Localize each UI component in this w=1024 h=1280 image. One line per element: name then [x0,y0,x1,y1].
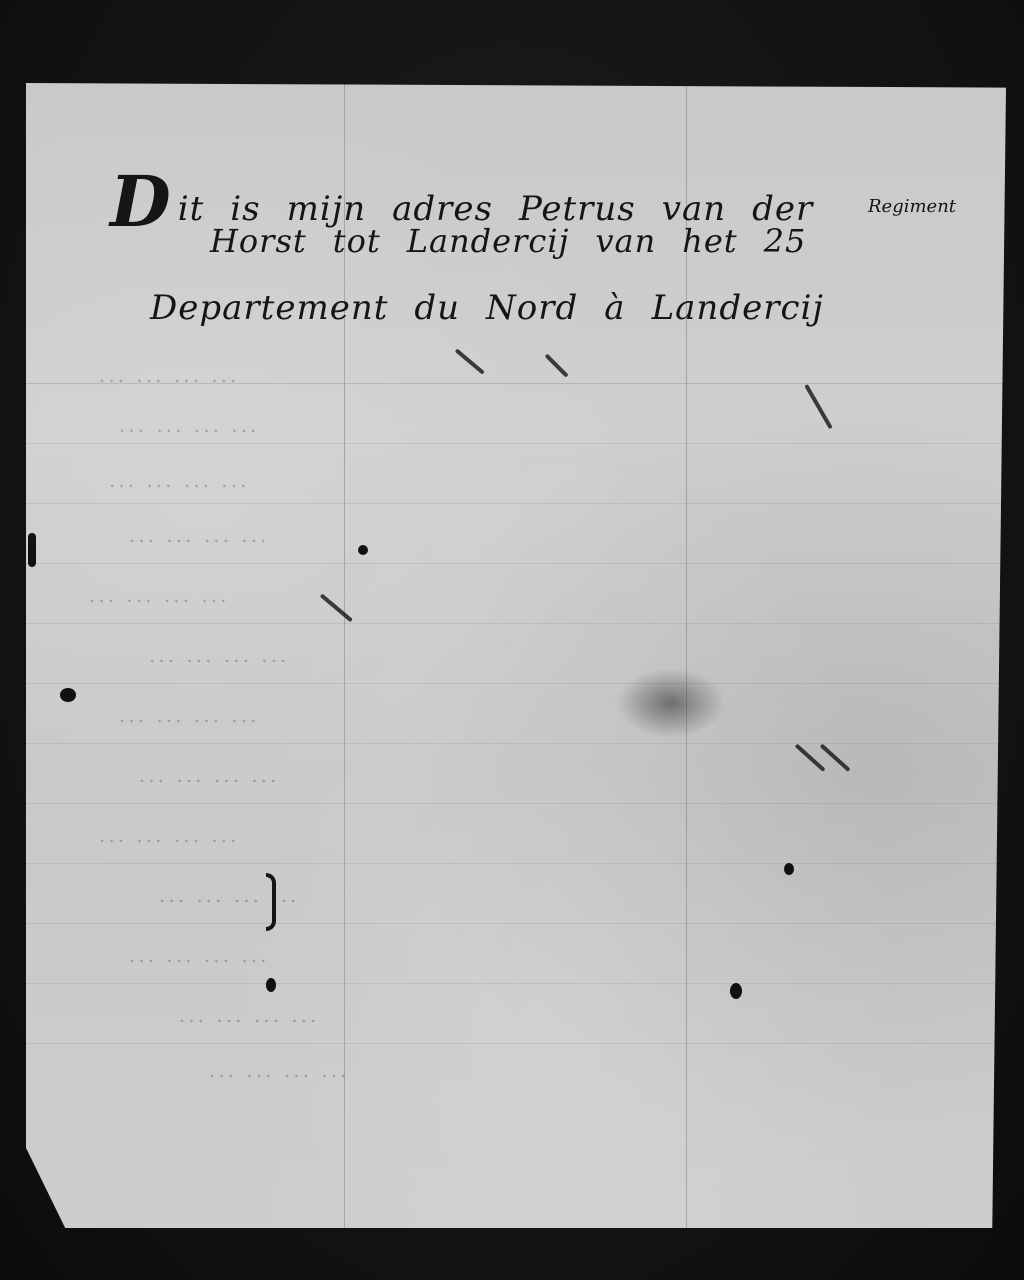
ink-mark [60,688,76,702]
regiment-number: 25 [764,222,807,260]
ink-bracket [266,873,276,931]
ruled-line [26,623,1006,624]
word: it [178,189,205,229]
ruled-line [26,1043,1006,1044]
ruled-line [26,563,1006,564]
ruled-line [26,503,1006,504]
ink-mark [730,983,742,999]
word: tot [333,222,381,260]
ink-mark [784,863,794,875]
ink-stroke [804,384,832,429]
ink-stroke [320,593,353,622]
ruled-line [26,923,1006,924]
faded-bleed-through-line: ... ... ... ... [106,468,246,492]
faded-bleed-through-line: ... ... ... ... [86,583,226,607]
ink-stain [616,668,726,738]
word: à [604,288,625,328]
ink-stroke [455,348,485,374]
ruled-line [26,803,1006,804]
word: Nord [486,288,578,328]
decorative-initial: D [110,160,172,243]
faded-bleed-through-line: ... ... ... ... [96,363,236,387]
word: van [595,222,656,260]
faded-bleed-through-line: ... ... ... ... [136,763,276,787]
name-last: Horst [210,222,307,260]
ink-mark [28,533,36,567]
scan-frame: ... ... ... ... ... ... ... ... ... ... … [0,0,1024,1280]
place-name: Landercij [652,288,824,328]
address-line-3: DepartementduNordàLandercij [150,288,850,328]
ink-stroke [545,354,569,378]
regiment-label: Regiment [868,196,956,217]
ruled-line [26,743,1006,744]
place-name: Landercij [407,222,570,260]
faded-bleed-through-line: ... ... ... ... [146,643,286,667]
word: het [682,222,737,260]
ruled-line [26,983,1006,984]
faded-bleed-through-line: ... ... ... ... [96,823,236,847]
ink-mark [266,978,276,992]
faded-bleed-through-line: ... ... ... ... [126,943,266,967]
faded-bleed-through-line: ... ... ... ... [116,703,256,727]
ruled-line [26,863,1006,864]
word: du [414,288,460,328]
ruled-line [26,683,1006,684]
word: Departement [150,288,388,328]
faded-bleed-through-line: ... ... ... ... [206,1058,346,1082]
address-line-2: HorsttotLandercijvanhet25 [210,222,806,260]
faded-bleed-through-line: ... ... ... ... [176,1003,316,1027]
ruled-line [26,443,1006,444]
faded-bleed-through-line: ... ... ... ... [126,523,266,547]
ink-mark [358,545,368,555]
faded-bleed-through-line: ... ... ... ... [116,413,256,437]
